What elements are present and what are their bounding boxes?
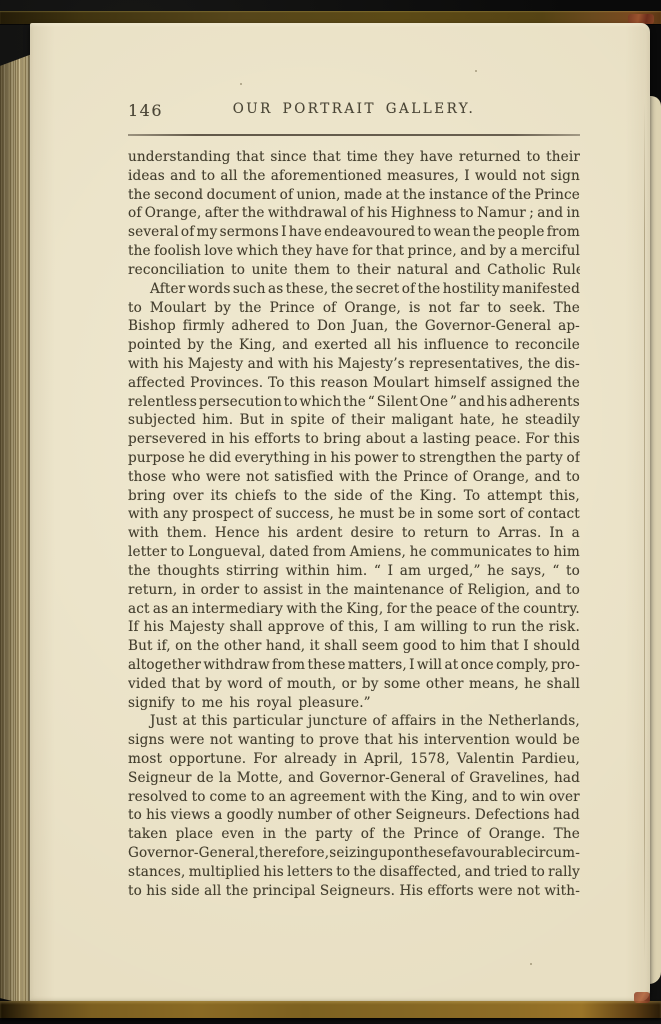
text-line: Justatthisparticularjunctureofaffairsint…	[128, 713, 580, 732]
text-line: purposehedideverythinginhispowertostreng…	[128, 450, 580, 469]
text-line: Governor-General,therefore,seizinguponth…	[128, 845, 580, 864]
dust-speck	[530, 963, 532, 965]
text-line: videdthatbywordofmouth,orbysomeothermean…	[128, 676, 580, 695]
text-line: toMoulartbythePrinceofOrange,isnotfartos…	[128, 300, 580, 319]
text-line: Butif,ontheotherhand,itshallseemgoodtohi…	[128, 638, 580, 657]
text-line: understandingthatsincethattimetheyhavere…	[128, 149, 580, 168]
text-line: tohisviewsagoodlynumberofotherSeigneurs.…	[128, 807, 580, 826]
text-line: ofOrange,afterthewithdrawalofhisHighness…	[128, 205, 580, 224]
text-line: signswerenotwantingtoprovethathisinterve…	[128, 732, 580, 751]
text-line: BishopfirmlyadheredtoDonJuan,theGovernor…	[128, 318, 580, 337]
paragraph: understandingthatsincethattimetheyhavere…	[128, 149, 580, 281]
text-line: relentlesspersecutiontowhichthe“SilentOn…	[128, 394, 580, 413]
printed-area: 146 OUR PORTRAIT GALLERY. understandingt…	[128, 101, 580, 902]
text-line: resolvedtocometoanagreementwiththeKing,a…	[128, 789, 580, 808]
text-line: thefoolishlovewhichtheyhaveforthatprince…	[128, 243, 580, 262]
text-line: stances,multipliedhisletterstothedisaffe…	[128, 864, 580, 883]
page-edge-stack	[0, 50, 32, 1006]
text-line: takenplaceeveninthepartyofthePrinceofOra…	[128, 826, 580, 845]
page-curl-line	[644, 103, 645, 963]
text-line: bringoveritschiefstothesideoftheKing.Toa…	[128, 488, 580, 507]
text-line: tohissidealltheprincipalSeigneurs.Hiseff…	[128, 883, 580, 902]
text-line: pointedbytheKing,andexertedallhisinfluen…	[128, 337, 580, 356]
text-line: thosewhowerenotsatisfiedwiththePrinceofO…	[128, 469, 580, 488]
text-line: altogetherwithdrawfromthesematters,Iwill…	[128, 657, 580, 676]
text-line: affectedProvinces.TothisreasonMoularthim…	[128, 375, 580, 394]
text-line: mostopportune.ForalreadyinApril,1578,Val…	[128, 751, 580, 770]
text-line: ideasandtoalltheaforementionedmeasures,I…	[128, 168, 580, 187]
text-line: thethoughtsstirringwithinhim.“Iamurged,”…	[128, 563, 580, 582]
paragraph: Justatthisparticularjunctureofaffairsint…	[128, 713, 580, 901]
text-line: withthem.HencehisardentdesiretoreturntoA…	[128, 525, 580, 544]
marbled-endpaper-detail-bottom	[634, 992, 650, 1003]
text-line: severalofmysermonsIhaveendeavouredtowean…	[128, 224, 580, 243]
text-line: reconciliation to unite them to their na…	[128, 262, 580, 281]
text-line: withanyprospectofsuccess,hemustbeinsomes…	[128, 506, 580, 525]
book-cover-bottom-edge	[0, 1001, 661, 1018]
text-line: subjectedhim.Butinspiteoftheirmaligantha…	[128, 412, 580, 431]
page-header: 146 OUR PORTRAIT GALLERY.	[128, 101, 580, 125]
header-rule	[128, 134, 580, 136]
text-line: SeigneurdelaMotte,andGovernor-GeneralofG…	[128, 770, 580, 789]
body-text: understandingthatsincethattimetheyhavere…	[128, 149, 580, 902]
text-line: perseveredinhiseffortstobringaboutalasti…	[128, 431, 580, 450]
paragraph: Afterwordssuchasthese,thesecretofthehost…	[128, 281, 580, 714]
text-line: signify to me his royal pleasure.”	[128, 695, 580, 714]
text-line: theseconddocumentofunion,madeattheinstan…	[128, 187, 580, 206]
text-line: IfhisMajestyshallapproveofthis,Iamwillin…	[128, 619, 580, 638]
text-line: actasanintermediarywiththeKing,forthepea…	[128, 601, 580, 620]
running-title: OUR PORTRAIT GALLERY.	[128, 101, 580, 117]
dust-speck	[475, 70, 477, 72]
book-page: 146 OUR PORTRAIT GALLERY. understandingt…	[30, 23, 650, 1002]
dust-speck	[240, 83, 242, 85]
text-line: return,inordertoassistinthemaintenanceof…	[128, 582, 580, 601]
text-line: withhisMajestyandwithhisMajesty’sreprese…	[128, 356, 580, 375]
text-line: Afterwordssuchasthese,thesecretofthehost…	[128, 281, 580, 300]
text-line: lettertoLongueval,datedfromAmiens,hecomm…	[128, 544, 580, 563]
